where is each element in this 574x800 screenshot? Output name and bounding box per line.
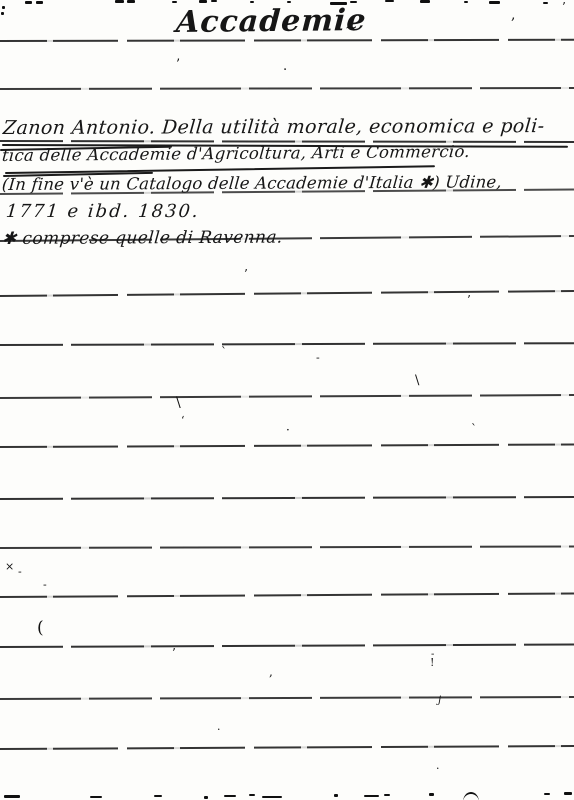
- cutoff-text-fragment: [262, 796, 282, 798]
- entry-line-4: 1771 e ibd. 1830.: [5, 201, 201, 222]
- ink-speck: ’: [244, 268, 248, 280]
- scan-artifact: [1, 12, 4, 15]
- ink-speck: (: [37, 620, 44, 637]
- scan-artifact: [25, 1, 32, 4]
- ink-speck: .: [283, 60, 287, 73]
- ink-speck: ×: [5, 561, 14, 572]
- ink-speck: ,: [511, 8, 515, 22]
- ink-speck: ’: [172, 647, 176, 659]
- page-title: Accademie: [175, 3, 368, 41]
- scan-artifact: [211, 0, 217, 2]
- scan-artifact: [385, 0, 394, 2]
- ink-speck: ·: [217, 724, 221, 735]
- entry-line-3: (In fine v'è un Catalogo delle Accademie…: [1, 172, 502, 194]
- ruled-line: [0, 643, 574, 648]
- ink-speck: -: [18, 566, 22, 577]
- scanned-notebook-page: Accademie Zanon Antonio. Della utilità m…: [0, 0, 574, 800]
- ink-speck: `: [221, 346, 227, 358]
- scan-artifact: [464, 1, 468, 3]
- scan-artifact: [250, 1, 254, 3]
- ruled-line: [0, 592, 574, 598]
- ink-speck: \: [176, 396, 181, 410]
- scan-artifact: [127, 0, 135, 3]
- ink-speck: -: [43, 579, 47, 590]
- ink-speck: \: [415, 374, 419, 387]
- ruled-line: [0, 745, 574, 750]
- cutoff-text-fragment: [364, 795, 379, 797]
- ink-speck: ’: [176, 58, 180, 71]
- ruled-line: [0, 290, 574, 297]
- cutoff-text-fragment: [429, 793, 434, 796]
- ink-speck: ·: [286, 424, 290, 436]
- cutoff-text-fragment: [204, 796, 208, 799]
- cutoff-text-fragment: [224, 795, 236, 797]
- cutoff-text-fragment: [90, 796, 102, 798]
- scan-artifact: [199, 0, 207, 3]
- ink-speck: ~: [345, 20, 358, 35]
- cutoff-text-fragment: [4, 795, 20, 798]
- ink-speck: ’: [562, 1, 566, 13]
- ruled-line: [0, 394, 574, 399]
- ink-speck: `: [471, 423, 477, 435]
- cutoff-text-fragment: [249, 794, 255, 796]
- entry-line-1: Zanon Antonio. Della utilità morale, eco…: [2, 115, 545, 139]
- scan-artifact: [420, 0, 430, 3]
- ink-speck: j: [438, 696, 441, 706]
- ruled-line: [0, 342, 574, 346]
- ruled-line: [0, 696, 574, 700]
- cutoff-text-fragment: [154, 795, 162, 797]
- ink-speck: -: [316, 352, 320, 363]
- scan-artifact: [330, 2, 347, 5]
- ink-speck: !: [430, 657, 434, 668]
- cutoff-text-fragment: [463, 792, 479, 800]
- ruled-line: [0, 443, 574, 448]
- scan-artifact: [543, 2, 548, 4]
- ink-speck: ‘: [181, 415, 185, 426]
- scan-artifact: [115, 0, 124, 3]
- cutoff-text-fragment: [544, 793, 550, 795]
- ink-speck: ’: [467, 294, 471, 306]
- scan-artifact: [36, 1, 43, 4]
- scan-artifact: [287, 1, 291, 3]
- cutoff-text-fragment: [564, 792, 572, 795]
- ruled-line: [0, 496, 574, 500]
- cutoff-text-fragment: [334, 794, 338, 797]
- cutoff-text-fragment: [384, 794, 390, 796]
- ink-speck: ,: [269, 666, 273, 678]
- ink-speck: ·: [436, 763, 440, 774]
- entry-footnote: ✱ comprese quelle di Ravenna.: [1, 228, 283, 249]
- scan-artifact: [172, 1, 177, 3]
- scan-artifact: [350, 1, 357, 3]
- ruled-line: [0, 87, 574, 90]
- scan-artifact: [2, 6, 5, 9]
- ruled-line: [0, 545, 574, 549]
- scan-artifact: [489, 1, 500, 4]
